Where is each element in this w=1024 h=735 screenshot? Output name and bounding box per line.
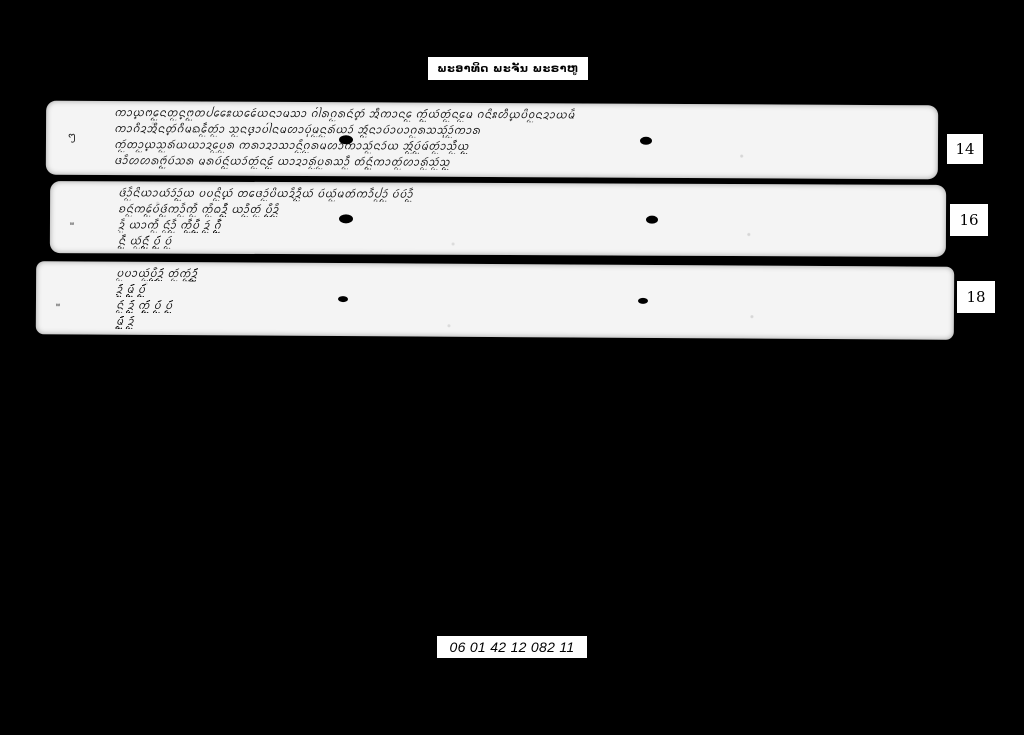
leaf-text-line: ᨯᩬᩢᩢ ᨿᩣᨠᩢᩢᩢᩬ ᨶᩢᩬᩢᩣᩢᩬᩢᩢᩬ ᨠᩬᩢᩢᩬᩢᩢᨷᩬᩢᩬᩢᩢᩬᩬᩢ…	[118, 218, 928, 236]
leaf-text-line: ᨠᩣᨣᩥᨯᩋᩥᨶ᩠ᨲᩢᨣᩥᨾᨳᩮᩬᩢᩢᩢᩢᨲᩬᩢᩣ ᩈᩬᨶ᩠ᨴᩣᨷᩤᨶᨾᩉᩣᨷᩩ…	[114, 122, 920, 140]
leaf-margin-numeral: ᪧ	[68, 128, 76, 147]
binding-hole-icon	[646, 216, 658, 224]
leaf-text-line: ᨶᩬᩢᩢᩬᩢᩢᩬᩢᩬ ᨿᩬᩢᨶᩬᩢᩬᩢᩬᩢᩬᩢᩬᩢᩬᩢᩬᩢᩬᩢᩬᩢᩬᩢᩬᩢᩬᩢᩬ…	[118, 234, 928, 252]
catalog-code-label: 06 01 42 12 082 11	[437, 636, 587, 658]
binding-hole-icon	[638, 298, 648, 304]
page-number-tag: 14	[947, 134, 983, 164]
page-number-tag: 16	[950, 204, 988, 236]
leaf-text-line: ᨠᩣ᩠ᨿᨻᩮᩬᩬᨶᨲᩬ᩠ᨶᨻᩬᩬᨲᨸᩯᩡᨿᩯᩢᨿᨶᩣᨾᩈᩣ ᨣᩤᩁᨣᩬᩁᨶᩢ᩠ᨲ…	[114, 106, 920, 124]
leaf-text-line: ᨾᩬᩢᩬᩢᩬᩢᩬᩢᩬᩢᩬᩢᩬᩢᩬᩢᩬᩢᩬᩢᩬᩢᩬᩢᩬᩢᩬᩢᩬᩢᩬᩢᩬᩢᩬᩢᩬᩢᩬ…	[116, 315, 936, 334]
palm-leaf-page-18: ᪿ ᨷᩬᨷᩣᨿᩬᩢᨷᩬᩢᩬᩢᩢᩬᨯᩬᩢᩬᩢᩬᩬᩢᩬᩢ ᨲᩬᩢᨠᩬᩢᩬᨯᩬᩢᩬᩢᩬ…	[36, 261, 954, 340]
leaf-text-line: ᨧᨶᩬᩢᨠᩮᩬᩬᩢᨷᩢᨴᩬᩢᩬᩢᨠᩣᩬᩢᩢᨠᩢᩬᩢᩢ ᨠᩬᩢᩢᨵᨯᩬᩢᩢᩬᩢᩬᩢ…	[118, 202, 928, 220]
binding-hole-icon	[339, 135, 353, 144]
manuscript-title-label: ພະອາທິດ ພະຈັນ ພະຣາຫູ	[428, 57, 588, 80]
leaf-text-block: ᨠᩣ᩠ᨿᨻᩮᩬᩬᨶᨲᩬ᩠ᨶᨻᩬᩬᨲᨸᩯᩡᨿᩯᩢᨿᨶᩣᨾᩈᩣ ᨣᩤᩁᨣᩬᩁᨶᩢ᩠ᨲ…	[114, 104, 920, 176]
page-number-tag: 18	[957, 281, 995, 313]
palm-leaf-page-14: ᪧ ᨠᩣ᩠ᨿᨻᩮᩬᩬᨶᨲᩬ᩠ᨶᨻᩬᩬᨲᨸᩯᩡᨿᩯᩢᨿᨶᩣᨾᩈᩣ ᨣᩤᩁᨣᩬᩁᨶᩢ…	[46, 101, 938, 180]
leaf-text-line: ᨠᩬᩢᨲᩣᩬ᩠ᨿᩈᩬᩁᩢᨿᨿᩣᨯᩮᩬᨷᩬᩁ ᨠᩁᩣᨯᩣᩈᩣᨶᩬᩢᩢᨣᩬᩁᨾᩉᩣᨠ…	[114, 138, 920, 156]
binding-hole-icon	[640, 137, 652, 145]
leaf-text-block: ᨷᩬᨷᩣᨿᩬᩢᨷᩬᩢᩬᩢᩢᩬᨯᩬᩢᩬᩢᩬᩬᩢᩬᩢ ᨲᩬᩢᨠᩬᩢᩬᨯᩬᩢᩬᩢᩬᩢᩬ…	[116, 265, 936, 337]
leaf-text-block: ᨴᩢᩣᩬᩢᩢᨶᩦᨿᩣᨿᩢᩣᩢᩣᩬᩬᩢᨿ ᨷᨷᨶᩦᩬ᩠ᨿᩢ ᨲᩮᨴᩣᩬᩢᨷᩦᨿᨯᩢ…	[118, 184, 928, 254]
binding-hole-icon	[338, 296, 348, 302]
leaf-text-line: ᨴᩣᩢᩢᩉᩉᩁᨻᩬᩬᩢᨷᩢᩈᩁ ᨾᩁᨷᩢᨶᩬᩢᩬᩢᨿᩣᩢᨲᩬᩢᨶᩮᩬᩢᩬᩢ ᨿᩣ…	[114, 154, 920, 172]
leaf-text-line: ᨴᩢᩣᩬᩢᩢᨶᩦᨿᩣᨿᩢᩣᩢᩣᩬᩬᩢᨿ ᨷᨷᨶᩦᩬ᩠ᨿᩢ ᨲᩮᨴᩣᩬᩢᨷᩦᨿᨯᩢ…	[118, 186, 928, 204]
binding-hole-icon	[339, 214, 353, 223]
palm-leaf-page-16: ᪿ ᨴᩢᩣᩬᩢᩢᨶᩦᨿᩣᨿᩢᩣᩢᩣᩬᩬᩢᨿ ᨷᨷᨶᩦᩬ᩠ᨿᩢ ᨲᩮᨴᩣᩬᩢᨷᩦᨿ…	[50, 181, 946, 257]
